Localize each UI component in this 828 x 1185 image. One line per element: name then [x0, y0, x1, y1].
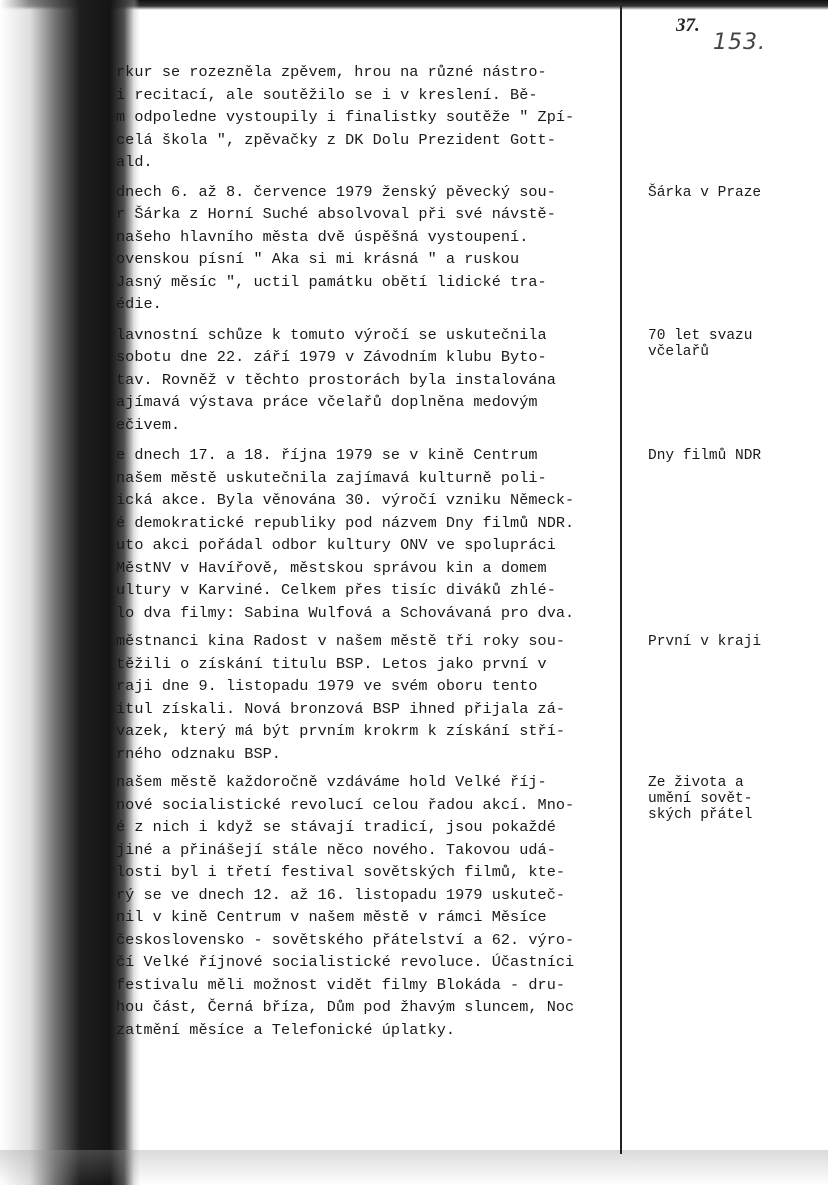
- text-line: rného odznaku BSP.: [116, 743, 636, 766]
- text-line: československo - sovětského přátelství a…: [116, 929, 636, 952]
- text-line: nové socialistické revolucí celou řadou …: [116, 794, 636, 817]
- text-line: tav. Rovněž v těchto prostorách byla ins…: [116, 369, 636, 392]
- text-line: našem městě uskutečnila zajímavá kulturn…: [116, 467, 636, 490]
- text-line: čí Velké říjnové socialistické revoluce.…: [116, 951, 636, 974]
- paragraph: našem městě každoročně vzdáváme hold Vel…: [116, 771, 636, 1041]
- text-line: e dnech 17. a 18. října 1979 se v kině C…: [116, 444, 636, 467]
- text-line: m odpoledne vystoupily i finalistky sout…: [116, 106, 636, 129]
- paragraph: e dnech 17. a 18. října 1979 se v kině C…: [116, 444, 636, 624]
- text-line: ovenskou písní " Aka si mi krásná " a ru…: [116, 248, 636, 271]
- text-line: našem městě každoročně vzdáváme hold Vel…: [116, 771, 636, 794]
- paragraph: městnanci kina Radost v našem městě tři …: [116, 630, 636, 765]
- text-line: městnanci kina Radost v našem městě tři …: [116, 630, 636, 653]
- text-line: celá škola ", zpěvačky z DK Dolu Prezide…: [116, 129, 636, 152]
- margin-note: 70 let svazu včelařů: [648, 328, 752, 360]
- text-line: nil v kině Centrum v našem městě v rámci…: [116, 906, 636, 929]
- text-line: festivalu měli možnost vidět filmy Bloká…: [116, 974, 636, 997]
- text-line: Jasný měsíc ", uctil památku obětí lidic…: [116, 271, 636, 294]
- text-line: MěstNV v Havířově, městskou správou kin …: [116, 557, 636, 580]
- text-line: rkur se rozezněla zpěvem, hrou na různé …: [116, 61, 636, 84]
- text-line: rý se ve dnech 12. až 16. listopadu 1979…: [116, 884, 636, 907]
- handwritten-page-number: 153.: [713, 30, 766, 55]
- text-line: jiné a přinášejí stále něco nového. Tako…: [116, 839, 636, 862]
- text-line: losti byl i třetí festival sovětských fi…: [116, 861, 636, 884]
- text-line: lavnostní schůze k tomuto výročí se usku…: [116, 324, 636, 347]
- text-line: i recitací, ale soutěžilo se i v kreslen…: [116, 84, 636, 107]
- text-line: těžili o získání titulu BSP. Letos jako …: [116, 653, 636, 676]
- text-line: édie.: [116, 293, 636, 316]
- paragraph: dnech 6. až 8. července 1979 ženský pěve…: [116, 181, 636, 316]
- scan-bottom-edge: [0, 1150, 828, 1185]
- margin-note: Šárka v Praze: [648, 185, 761, 201]
- typed-page-number: 37.: [676, 15, 700, 37]
- paragraph: rkur se rozezněla zpěvem, hrou na různé …: [116, 61, 636, 174]
- text-line: raji dne 9. listopadu 1979 ve svém oboru…: [116, 675, 636, 698]
- text-line: zatmění měsíce a Telefonické úplatky.: [116, 1019, 636, 1042]
- text-line: ultury v Karviné. Celkem přes tisíc divá…: [116, 579, 636, 602]
- text-line: dnech 6. až 8. července 1979 ženský pěve…: [116, 181, 636, 204]
- margin-note: Dny filmů NDR: [648, 448, 761, 464]
- text-line: lo dva filmy: Sabina Wulfová a Schovávan…: [116, 602, 636, 625]
- text-line: ická akce. Byla věnována 30. výročí vzni…: [116, 489, 636, 512]
- text-line: našeho hlavního města dvě úspěšná vystou…: [116, 226, 636, 249]
- text-line: ajímavá výstava práce včelařů doplněna m…: [116, 391, 636, 414]
- text-line: ald.: [116, 151, 636, 174]
- text-line: ečivem.: [116, 414, 636, 437]
- margin-note: Ze života a umění sovět- ských přátel: [648, 775, 752, 823]
- text-line: uto akci pořádal odbor kultury ONV ve sp…: [116, 534, 636, 557]
- text-line: r Šárka z Horní Suché absolvoval při své…: [116, 203, 636, 226]
- chronicle-body: rkur se rozezněla zpěvem, hrou na různé …: [116, 61, 636, 1041]
- text-line: vazek, který má být prvním krokrm k získ…: [116, 720, 636, 743]
- text-line: hou část, Černá bříza, Dům pod žhavým sl…: [116, 996, 636, 1019]
- margin-note: První v kraji: [648, 634, 761, 650]
- text-line: é z nich i když se stávají tradicí, jsou…: [116, 816, 636, 839]
- text-line: é demokratické republiky pod názvem Dny …: [116, 512, 636, 535]
- text-line: sobotu dne 22. září 1979 v Závodním klub…: [116, 346, 636, 369]
- text-line: itul získali. Nová bronzová BSP ihned př…: [116, 698, 636, 721]
- paragraph: lavnostní schůze k tomuto výročí se usku…: [116, 324, 636, 437]
